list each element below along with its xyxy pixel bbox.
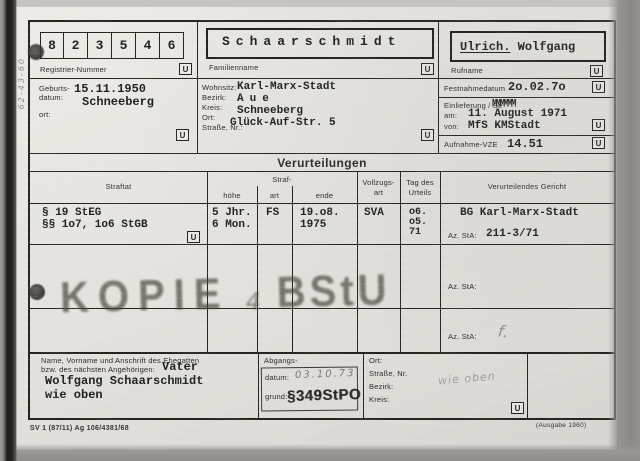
wohnsitz-value: Karl-Marx-Stadt [237,81,336,93]
scan-edge-left [0,0,17,461]
header-tag-2: Urteils [400,188,440,197]
adresse-bezirk-label: Bezirk: [369,382,393,391]
geburtsort-value: Schneeberg [82,95,154,109]
urteil-tag-3: 71 [409,227,421,238]
abgang-datum-label: datum: [265,373,289,382]
divider [438,135,614,136]
u-marker: U [421,63,434,75]
straftat-line-2: §§ 1o7, 1o6 StGB [42,219,148,231]
divider [30,78,614,79]
header-ende: ende [292,191,357,200]
registrier-nummer-boxes: 8 2 3 5 4 6 [40,32,184,59]
einlieferung-von-label: von: [444,122,459,131]
bezirk-value: Aue [237,93,275,105]
u-marker: U [592,119,605,131]
header-art: art [257,191,292,200]
registrier-digit: 5 [112,32,136,59]
familienname-value: Schaarschmidt [222,34,401,49]
adresse-ort-label: Ort: [369,356,382,365]
punch-hole-bottom [29,284,45,300]
strafhoehe-line-2: 6 Mon. [212,219,252,231]
header-vollzugsart-1: Vollzugs- [357,178,400,187]
margin-handwriting: 62-43-60 [17,57,26,109]
einlieferung-am-value: 11. August 1971 [468,108,567,120]
adresse-kreis-label: Kreis: [369,395,389,404]
rufname-first: Ulrich. [460,40,510,54]
divider [363,352,364,418]
az-sta-label-row3: Az. StA: [448,332,477,341]
header-tag-1: Tag des [400,178,440,187]
angehoerige-line-2: wie oben [45,388,103,402]
header-straftat: Straftat [30,182,207,191]
abgang-datum-handwritten: 03.10.73 [295,368,356,381]
vollzugsart-value: SVA [364,207,384,219]
adresse-strasse-label: Straße, Nr. [369,369,407,378]
u-marker: U [421,129,434,141]
divider [30,153,614,154]
strasse-value: Glück-Auf-Str. 5 [230,117,336,129]
registrier-digit: 8 [40,32,64,59]
rufname-value: Ulrich. Wolfgang [460,40,575,54]
header-hoehe: höhe [207,191,257,200]
kreis-value: Schneeberg [237,105,303,117]
ausgabe-footer: (Ausgabe 1960) [536,422,586,429]
scan-edge-bottom [0,444,640,461]
strafende-line-1: 19.o8. [300,207,340,219]
scan-edge-right [608,0,640,461]
angehoerige-label-2: bzw. des nächsten Angehörigen: [41,365,155,374]
scan-edge-top [0,0,640,7]
divider [30,203,614,204]
divider [197,22,198,153]
divider [438,22,439,153]
u-marker: U [592,81,605,93]
form-grid: 8 2 3 5 4 6 Registrier-Nummer U Schaarsc… [28,20,616,420]
rufname-label: Rufname [451,66,483,75]
kopie-bstu-stamp: KOPIE 4 BStU [59,261,412,328]
ort-label: Ort: [202,113,215,122]
abgang-grund-label: grund: [265,392,287,401]
divider [258,352,259,418]
registrier-digit: 6 [160,32,184,59]
aufnahme-vze-value: 14.51 [507,137,543,151]
u-marker: U [592,137,605,149]
registrier-nummer-label: Registrier-Nummer [40,65,107,74]
aufnahme-vze-label: Aufnahme-VZE [444,140,498,149]
strafende-line-2: 1975 [300,219,326,231]
index-card: 62-43-60 8 2 3 5 4 6 Regi [16,5,617,450]
u-marker: U [511,402,524,414]
divider [438,97,614,98]
u-marker: U [187,231,200,243]
strafart-value: FS [266,207,279,219]
stamp-word-bstu: BStU [276,266,391,317]
adresse-handwritten: wie oben [438,370,497,388]
registrier-digit: 4 [136,32,160,59]
familienname-label: Familienname [209,63,259,72]
geburtsort-label: ort: [39,110,51,119]
geburtsdatum-label-2: datum: [39,93,63,102]
bezirk-label: Bezirk: [202,93,226,102]
geburtsdatum-label-1: Geburts- [39,84,70,93]
kreis-label: Kreis: [202,103,222,112]
u-marker: U [179,63,192,75]
divider [30,244,614,245]
festnahmedatum-value: 2o.02.7o [508,80,566,94]
registrier-digit: 3 [88,32,112,59]
stamp-handwritten-mark: 4 [245,287,261,315]
registrier-digit: 2 [64,32,88,59]
stamp-word-kopie: KOPIE [59,270,230,323]
angehoerige-line-1: Wolfgang Schaarschmidt [45,374,203,388]
u-marker: U [176,129,189,141]
strafhoehe-line-1: 5 Jhr. [212,207,252,219]
form-number-footer: SV 1 (87/11) Ag 106/4381/68 [30,425,129,432]
festnahmedatum-label: Festnahmedatum [444,84,505,93]
handwritten-mark-row3: f. [497,321,510,341]
az-sta-label-row1: Az. StA: [448,231,477,240]
az-sta-value-row1: 211-3/71 [486,228,539,240]
abgang-label: Abgangs- [264,356,298,365]
angehoerige-relation: Vater [162,360,198,374]
divider [30,171,614,172]
rufname-second: Wolfgang [518,40,576,54]
u-marker: U [590,65,603,77]
header-gericht: Verurteilendes Gericht [440,182,614,191]
header-vollzugsart-2: art [357,188,400,197]
grund-stamp: §349StPO [287,386,361,405]
einlieferung-am-label: am: [444,111,457,120]
einlieferung-von-value: MfS KMStadt [468,120,541,132]
az-sta-label-row2: Az. StA: [448,282,477,291]
geburtsdatum-value: 15.11.1950 [74,82,146,96]
divider [440,171,441,352]
straftat-line-1: § 19 StEG [42,207,101,219]
punch-hole-top [28,44,44,60]
section-title: Verurteilungen [30,156,614,170]
divider [527,352,528,418]
gericht-value: BG Karl-Marx-Stadt [460,207,579,219]
wohnsitz-label: Wohnsitz: [202,83,237,92]
header-straf-group: Straf- [207,175,357,184]
